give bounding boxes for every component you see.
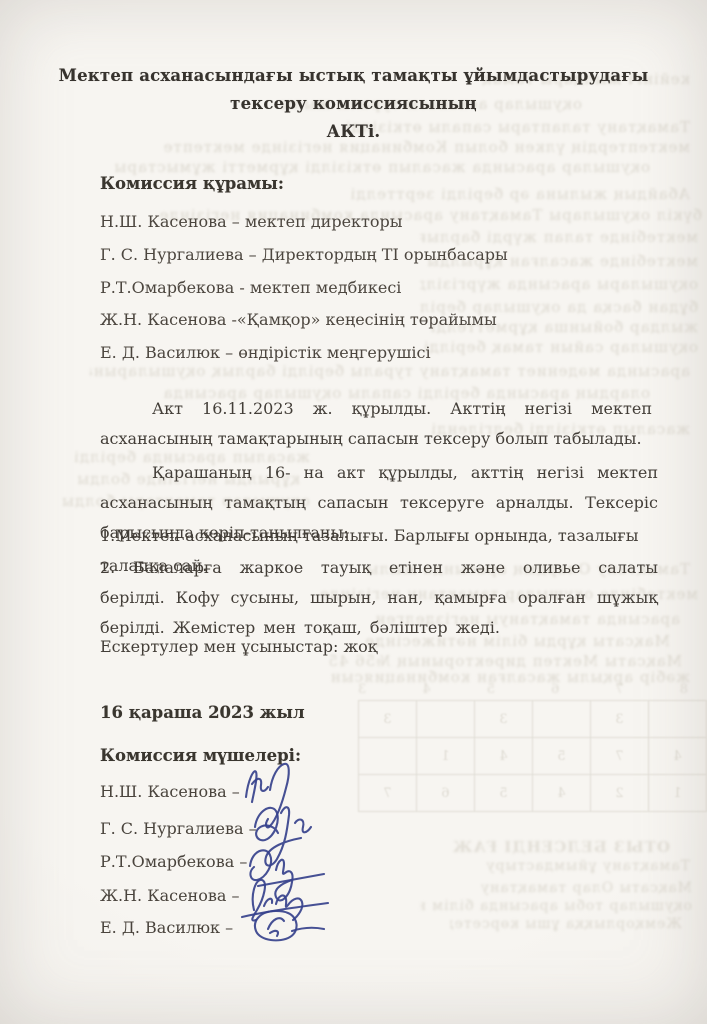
signer-label: Ж.Н. Касенова – (100, 886, 239, 905)
signer-label: Н.Ш. Касенова – (100, 782, 240, 801)
bleed-line: Абайдың жылына әр берілді зерттелді (330, 185, 690, 203)
title-line-3: АКТі. (0, 118, 707, 146)
paragraph-act-basis: Акт 16.11.2023 ж. құрылды. Акттің негізі… (100, 394, 652, 454)
signer-label: Р.Т.Омарбекова – (100, 852, 247, 871)
date-line: 16 қараша 2023 жыл (100, 703, 305, 722)
member-item: Н.Ш. Касенова – мектеп директоры (100, 206, 508, 239)
title-line-1: Мектеп асханасындағы ыстық тамақты ұйымд… (0, 62, 707, 90)
bleed-line: Тамақтану ұйымдастыру (470, 858, 690, 874)
signatures-heading: Комиссия мүшелері: (100, 746, 301, 765)
bleed-table: 33347541124567 (358, 700, 707, 812)
signature-vasilyuk (246, 903, 332, 949)
member-item: Ж.Н. Касенова -«Қамқор» кеңесінің төрайы… (100, 304, 508, 337)
member-item: Е. Д. Василюк – өндірістік меңгерушісі (100, 337, 508, 370)
document-title: Мектеп асханасындағы ыстық тамақты ұйымд… (0, 62, 707, 146)
notes-line: Ескертулер мен ұсыныстар: жоқ (100, 632, 652, 662)
member-item: Г. С. Нургалиева – Директордың ТІ орынба… (100, 239, 508, 272)
signature-kasenova-zhn (238, 870, 334, 926)
signature-omarbekova (240, 836, 332, 906)
title-line-2: тексеру комиссиясының (0, 90, 707, 118)
committee-heading: Комиссия құрамы: (100, 174, 284, 193)
bleed-table-digits: 876543 (358, 682, 688, 697)
committee-members-list: Н.Ш. Касенова – мектеп директоры Г. С. Н… (100, 206, 508, 370)
signer-label: Е. Д. Василюк – (100, 918, 233, 937)
signer-label: Г. С. Нургалиева – (100, 819, 257, 838)
bleed-line: Жемқорлыққа ұшы көрсетеді (450, 916, 682, 932)
bleed-line: оқушылар тобы арасында білім негізінде (420, 898, 692, 914)
member-item: Р.Т.Омарбекова - мектеп медбикесі (100, 272, 508, 305)
bleed-line: ОТЫЗ БЕЛСЕНДІ ҒАЖ (380, 838, 670, 856)
finding-item-2: 2. Балаларға жаркое тауық етінен және ол… (100, 553, 658, 643)
bleed-line: жәбір арқылы жасалған комбинациясын көрс… (330, 668, 690, 686)
document-page: кейінгі жылдары тамақоқушылар асханасы т… (0, 0, 707, 1024)
bleed-line: Мақсаты Олар тамақтану (430, 880, 692, 896)
